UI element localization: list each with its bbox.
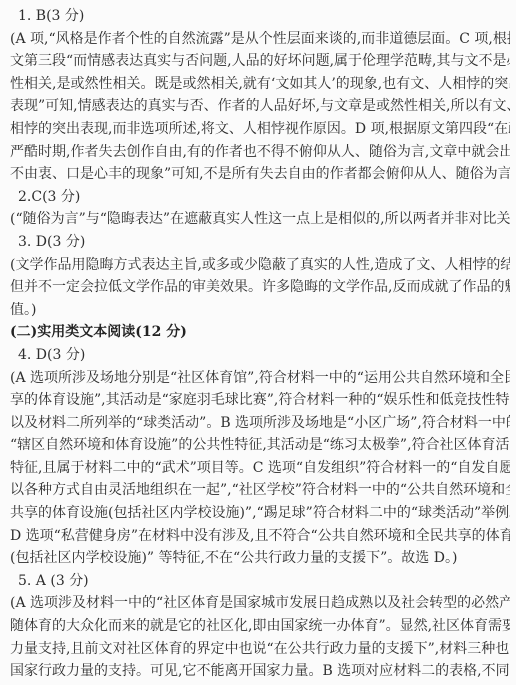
answer-line-q1: 1. B(3 分)	[10, 5, 510, 28]
explanation-line: 国家行政力量的支持。可见,它不能离开国家力量。B 选项对应材料二的表格,不同阶层…	[10, 660, 510, 683]
explanation-line: D 选项“私营健身房”在材料中没有涉及,且不符合“公共自然环境和全民共享的体育设…	[10, 525, 510, 548]
explanation-line: “辖区自然环境和体育设施”的公共性特征,其活动是“练习太极拳”,符合社区体育活动	[10, 434, 510, 457]
explanation-line: 以及材料二所列举的“球类活动”。B 选项所涉及场地是“小区广场”,符合材料一中的	[10, 412, 510, 435]
explanation-line: 严酷时期,作者失去创作自由,有的作者也不得不俯仰从人、随俗为言,文章中就会出现言	[10, 141, 510, 164]
explanation-line: 特征,且属于材料二中的“武术”项目等。C 选项“自发组织”符合材料一的“自发自愿…	[10, 457, 510, 480]
explanation-line: 文第三段“而情感表达真实与否问题,人品的好坏问题,属于伦理学范畴,其与文不是必然	[10, 50, 510, 73]
explanation-line: (包括社区内学校设施)” 等特征,不在“公共行政力量的支援下”。故选 D。)	[10, 547, 510, 570]
answer-line-q2: 2.C(3 分)	[10, 186, 510, 209]
explanation-line: 表现”可知,情感表达的真实与否、作者的人品好坏,与文章是或然性相关,所以有文、人	[10, 95, 510, 118]
section-heading: (二)实用类文本阅读(12 分)	[10, 321, 510, 344]
explanation-line: (文学作品用隐晦方式表达主旨,或多或少隐蔽了真实的人性,造成了文、人相悖的结果,	[10, 254, 510, 277]
explanation-line: 相悖的突出表现,而非选项所述,将文、人相悖视作原因。D 项,根据原文第四段“在政…	[10, 118, 510, 141]
explanation-line: (“随俗为言”与“隐晦表达”在遮蔽真实人性这一点上是相似的,所以两者并非对比关系…	[10, 208, 510, 231]
explanation-line: 共享的体育设施(包括社区内学校设施)”,“踢足球”符合材料二中的“球类活动”举例…	[10, 502, 510, 525]
answer-line-q3: 3. D(3 分)	[10, 231, 510, 254]
explanation-line: (A 项,“风格是作者个性的自然流露”是从个性层面来谈的,而非道德层面。C 项,…	[10, 28, 510, 51]
explanation-line: 但并不一定会拉低文学作品的审美效果。许多隐晦的文学作品,反而成就了作品的魅力和价	[10, 276, 510, 299]
explanation-line: 以各种方式自由灵活地组织在一起”,“社区学校”符合材料一中的“公共自然环境和全民	[10, 479, 510, 502]
answer-line-q5: 5. A (3 分)	[10, 570, 510, 593]
explanation-line: 值。)	[10, 299, 510, 322]
explanation-line: (A 选项涉及材料一中的“社区体育是国家城市发展日趋成熟以及社会转型的必然产物。…	[10, 592, 510, 615]
explanation-line: 力量支持,且前文对社区体育的界定中也说“在公共行政力量的支援下”,材料三种也说到	[10, 638, 510, 661]
explanation-line: 随体育的大众化而来的就是它的社区化,即由国家统一办体育”。显然,社区体育需要国家	[10, 615, 510, 638]
explanation-line: 享的体育设施”,其活动是“家庭羽毛球比赛”,符合材料一种的“娱乐性和低竞技性特征…	[10, 389, 510, 412]
explanation-line: 性相关,是或然性相关。既是或然相关,就有‘文如其人’的现象,也有文、人相悖的突出	[10, 73, 510, 96]
answer-line-q4: 4. D(3 分)	[10, 344, 510, 367]
explanation-line: (A 选项所涉及场地分别是“社区体育馆”,符合材料一中的“运用公共自然环境和全民…	[10, 367, 510, 390]
explanation-line: 不由衷、口是心丰的现象”可知,不是所有失去自由的作者都会俯仰从人、随俗为言。)	[10, 163, 510, 186]
document-page: 1. B(3 分) (A 项,“风格是作者个性的自然流露”是从个性层面来谈的,而…	[0, 0, 516, 685]
